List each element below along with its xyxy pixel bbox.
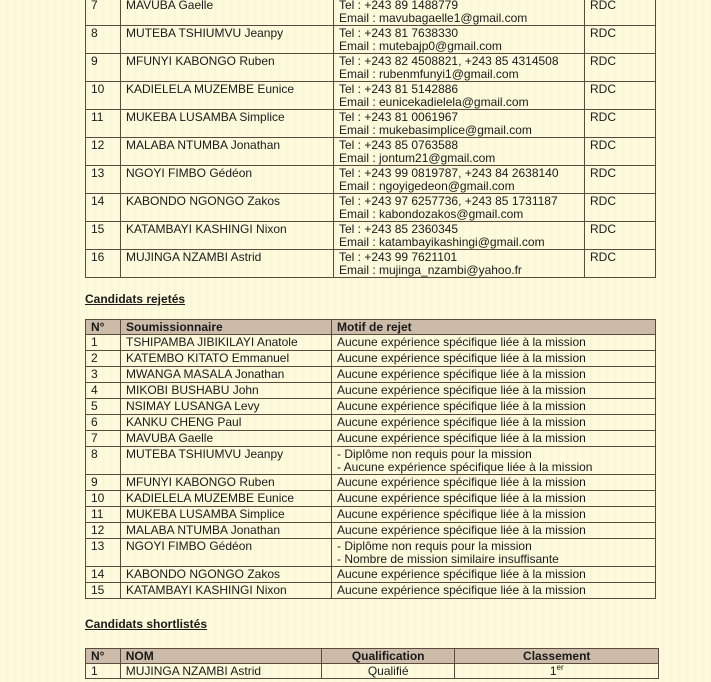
email-text: Email : katambayikashingi@gmail.com xyxy=(339,236,579,249)
rejection-reason: Aucune expérience spécifique liée à la m… xyxy=(332,431,656,447)
table-row: 4MIKOBI BUSHABU JohnAucune expérience sp… xyxy=(86,383,656,399)
email-text: Email : mujinga_nzambi@yahoo.fr xyxy=(339,264,579,277)
row-number: 7 xyxy=(86,431,121,447)
candidate-name: MUTEBA TSHIUMVU Jeanpy xyxy=(121,447,332,475)
country: RDC xyxy=(585,26,656,54)
table-row: 11MUKEBA LUSAMBA SimpliceTel : +243 81 0… xyxy=(86,110,656,138)
table-row: 15KATAMBAYI KASHINGI NixonAucune expérie… xyxy=(86,583,656,599)
reason-line: Aucune expérience spécifique liée à la m… xyxy=(337,524,650,537)
contact-cell: Tel : +243 82 4508821, +243 85 4314508Em… xyxy=(334,54,585,82)
candidate-name: MAVUBA Gaelle xyxy=(121,431,332,447)
table-row: 13NGOYI FIMBO GédéonTel : +243 99 081978… xyxy=(86,166,656,194)
contact-cell: Tel : +243 85 2360345Email : katambayika… xyxy=(334,222,585,250)
row-number: 11 xyxy=(86,110,121,138)
header-reason: Motif de rejet xyxy=(332,320,656,335)
candidate-name: KABONDO NGONGO Zakos xyxy=(121,567,332,583)
row-number: 13 xyxy=(86,166,121,194)
rejection-reason: Aucune expérience spécifique liée à la m… xyxy=(332,351,656,367)
country: RDC xyxy=(585,194,656,222)
candidate-name: MUJINGA NZAMBI Astrid xyxy=(120,664,321,679)
applicant-name: MFUNYI KABONGO Ruben xyxy=(121,54,334,82)
applicant-name: MUTEBA TSHIUMVU Jeanpy xyxy=(121,26,334,54)
reason-line: Aucune expérience spécifique liée à la m… xyxy=(337,492,650,505)
table-row: 6KANKU CHENG PaulAucune expérience spéci… xyxy=(86,415,656,431)
table-row: 16MUJINGA NZAMBI AstridTel : +243 99 762… xyxy=(86,250,656,278)
row-number: 8 xyxy=(86,447,121,475)
country: RDC xyxy=(585,166,656,194)
reason-line: Aucune expérience spécifique liée à la m… xyxy=(337,568,650,581)
rejection-reason: Aucune expérience spécifique liée à la m… xyxy=(332,399,656,415)
row-number: 4 xyxy=(86,383,121,399)
table-row: 1MUJINGA NZAMBI AstridQualifié1er xyxy=(86,664,659,679)
row-number: 8 xyxy=(86,26,121,54)
country: RDC xyxy=(585,250,656,278)
row-number: 11 xyxy=(86,507,121,523)
reason-line: - Aucune expérience spécifique liée à la… xyxy=(337,461,650,474)
header-rank: Classement xyxy=(455,649,659,664)
rejection-reason: Aucune expérience spécifique liée à la m… xyxy=(332,367,656,383)
email-text: Email : eunicekadielela@gmail.com xyxy=(339,96,579,109)
table-row: 13NGOYI FIMBO Gédéon- Diplôme non requis… xyxy=(86,539,656,567)
email-text: Email : rubenmfunyi1@gmail.com xyxy=(339,68,579,81)
shortlisted-table: N° NOM Qualification Classement 1MUJINGA… xyxy=(85,648,659,679)
rejection-reason: Aucune expérience spécifique liée à la m… xyxy=(332,335,656,351)
contact-cell: Tel : +243 81 0061967Email : mukebasimpl… xyxy=(334,110,585,138)
reason-line: Aucune expérience spécifique liée à la m… xyxy=(337,432,650,445)
row-number: 5 xyxy=(86,399,121,415)
table-row: 5NSIMAY LUSANGA LevyAucune expérience sp… xyxy=(86,399,656,415)
table-row: 8MUTEBA TSHIUMVU Jeanpy- Diplôme non req… xyxy=(86,447,656,475)
candidate-name: KANKU CHENG Paul xyxy=(121,415,332,431)
table-row: 3MWANGA MASALA JonathanAucune expérience… xyxy=(86,367,656,383)
table-row: 14KABONDO NGONGO ZakosTel : +243 97 6257… xyxy=(86,194,656,222)
candidate-name: MIKOBI BUSHABU John xyxy=(121,383,332,399)
applicant-name: MALABA NTUMBA Jonathan xyxy=(121,138,334,166)
candidate-name: KATAMBAYI KASHINGI Nixon xyxy=(121,583,332,599)
row-number: 15 xyxy=(86,222,121,250)
shortlisted-section-title: Candidats shortlistés xyxy=(85,617,207,631)
header-num: N° xyxy=(86,649,121,664)
table-row: 1TSHIPAMBA JIBIKILAYI AnatoleAucune expé… xyxy=(86,335,656,351)
contact-cell: Tel : +243 85 0763588Email : jontum21@gm… xyxy=(334,138,585,166)
contact-cell: Tel : +243 81 7638330Email : mutebajp0@g… xyxy=(334,26,585,54)
country: RDC xyxy=(585,54,656,82)
row-number: 2 xyxy=(86,351,121,367)
contact-cell: Tel : +243 99 0819787, +243 84 2638140Em… xyxy=(334,166,585,194)
table-row: 7MAVUBA GaelleTel : +243 89 1488779Email… xyxy=(86,0,656,26)
email-text: Email : kabondozakos@gmail.com xyxy=(339,208,579,221)
qualification: Qualifié xyxy=(321,664,455,679)
row-number: 9 xyxy=(86,54,121,82)
table-row: 12MALABA NTUMBA JonathanAucune expérienc… xyxy=(86,523,656,539)
row-number: 10 xyxy=(86,491,121,507)
rejection-reason: Aucune expérience spécifique liée à la m… xyxy=(332,491,656,507)
rank: 1er xyxy=(455,664,659,679)
candidate-name: KATEMBO KITATO Emmanuel xyxy=(121,351,332,367)
table-row: 11MUKEBA LUSAMBA SimpliceAucune expérien… xyxy=(86,507,656,523)
country: RDC xyxy=(585,0,656,26)
email-text: Email : ngoyigedeon@gmail.com xyxy=(339,180,579,193)
table-row: 9MFUNYI KABONGO RubenTel : +243 82 45088… xyxy=(86,54,656,82)
table-header-row: N° NOM Qualification Classement xyxy=(86,649,659,664)
applicant-name: KABONDO NGONGO Zakos xyxy=(121,194,334,222)
row-number: 1 xyxy=(86,664,121,679)
table-row: 12MALABA NTUMBA JonathanTel : +243 85 07… xyxy=(86,138,656,166)
country: RDC xyxy=(585,82,656,110)
applicant-name: MUKEBA LUSAMBA Simplice xyxy=(121,110,334,138)
email-text: Email : mavubagaelle1@gmail.com xyxy=(339,12,579,25)
applicants-table: 7MAVUBA GaelleTel : +243 89 1488779Email… xyxy=(85,0,656,278)
email-text: Email : mutebajp0@gmail.com xyxy=(339,40,579,53)
rejection-reason: Aucune expérience spécifique liée à la m… xyxy=(332,567,656,583)
row-number: 13 xyxy=(86,539,121,567)
candidate-name: MALABA NTUMBA Jonathan xyxy=(121,523,332,539)
rejection-reason: Aucune expérience spécifique liée à la m… xyxy=(332,583,656,599)
country: RDC xyxy=(585,222,656,250)
rejection-reason: - Diplôme non requis pour la mission- Au… xyxy=(332,447,656,475)
row-number: 12 xyxy=(86,138,121,166)
contact-cell: Tel : +243 97 6257736, +243 85 1731187Em… xyxy=(334,194,585,222)
rejected-section-title: Candidats rejetés xyxy=(85,292,185,306)
contact-cell: Tel : +243 99 7621101Email : mujinga_nza… xyxy=(334,250,585,278)
rejection-reason: Aucune expérience spécifique liée à la m… xyxy=(332,415,656,431)
candidate-name: KADIELELA MUZEMBE Eunice xyxy=(121,491,332,507)
rejection-reason: - Diplôme non requis pour la mission- No… xyxy=(332,539,656,567)
contact-cell: Tel : +243 89 1488779Email : mavubagaell… xyxy=(334,0,585,26)
header-num: N° xyxy=(86,320,121,335)
reason-line: Aucune expérience spécifique liée à la m… xyxy=(337,384,650,397)
reason-line: Aucune expérience spécifique liée à la m… xyxy=(337,400,650,413)
reason-line: Aucune expérience spécifique liée à la m… xyxy=(337,584,650,597)
header-name: NOM xyxy=(120,649,321,664)
reason-line: Aucune expérience spécifique liée à la m… xyxy=(337,508,650,521)
table-row: 2KATEMBO KITATO EmmanuelAucune expérienc… xyxy=(86,351,656,367)
reason-line: Aucune expérience spécifique liée à la m… xyxy=(337,336,650,349)
row-number: 12 xyxy=(86,523,121,539)
country: RDC xyxy=(585,110,656,138)
header-qualification: Qualification xyxy=(321,649,455,664)
applicant-name: KATAMBAYI KASHINGI Nixon xyxy=(121,222,334,250)
rejection-reason: Aucune expérience spécifique liée à la m… xyxy=(332,507,656,523)
table-row: 9MFUNYI KABONGO RubenAucune expérience s… xyxy=(86,475,656,491)
rank-value: 1 xyxy=(550,664,557,678)
row-number: 14 xyxy=(86,194,121,222)
candidate-name: TSHIPAMBA JIBIKILAYI Anatole xyxy=(121,335,332,351)
header-name: Soumissionnaire xyxy=(121,320,332,335)
table-row: 10KADIELELA MUZEMBE EuniceTel : +243 81 … xyxy=(86,82,656,110)
scanned-page: 7MAVUBA GaelleTel : +243 89 1488779Email… xyxy=(0,0,711,682)
row-number: 10 xyxy=(86,82,121,110)
table-row: 14KABONDO NGONGO ZakosAucune expérience … xyxy=(86,567,656,583)
country: RDC xyxy=(585,138,656,166)
email-text: Email : jontum21@gmail.com xyxy=(339,152,579,165)
candidate-name: MFUNYI KABONGO Ruben xyxy=(121,475,332,491)
rejection-reason: Aucune expérience spécifique liée à la m… xyxy=(332,475,656,491)
row-number: 7 xyxy=(86,0,121,26)
rejection-reason: Aucune expérience spécifique liée à la m… xyxy=(332,383,656,399)
table-row: 10KADIELELA MUZEMBE EuniceAucune expérie… xyxy=(86,491,656,507)
rejection-reason: Aucune expérience spécifique liée à la m… xyxy=(332,523,656,539)
email-text: Email : mukebasimplice@gmail.com xyxy=(339,124,579,137)
rank-suffix: er xyxy=(557,663,564,672)
row-number: 6 xyxy=(86,415,121,431)
candidate-name: NGOYI FIMBO Gédéon xyxy=(121,539,332,567)
table-row: 8MUTEBA TSHIUMVU JeanpyTel : +243 81 763… xyxy=(86,26,656,54)
row-number: 9 xyxy=(86,475,121,491)
applicant-name: NGOYI FIMBO Gédéon xyxy=(121,166,334,194)
table-row: 7MAVUBA GaelleAucune expérience spécifiq… xyxy=(86,431,656,447)
applicant-name: KADIELELA MUZEMBE Eunice xyxy=(121,82,334,110)
row-number: 15 xyxy=(86,583,121,599)
row-number: 14 xyxy=(86,567,121,583)
row-number: 16 xyxy=(86,250,121,278)
applicant-name: MUJINGA NZAMBI Astrid xyxy=(121,250,334,278)
table-row: 15KATAMBAYI KASHINGI NixonTel : +243 85 … xyxy=(86,222,656,250)
row-number: 1 xyxy=(86,335,121,351)
candidate-name: MWANGA MASALA Jonathan xyxy=(121,367,332,383)
reason-line: - Nombre de mission similaire insuffisan… xyxy=(337,553,650,566)
reason-line: Aucune expérience spécifique liée à la m… xyxy=(337,416,650,429)
reason-line: Aucune expérience spécifique liée à la m… xyxy=(337,476,650,489)
reason-line: Aucune expérience spécifique liée à la m… xyxy=(337,352,650,365)
rejected-table: N° Soumissionnaire Motif de rejet 1TSHIP… xyxy=(85,319,656,599)
contact-cell: Tel : +243 81 5142886Email : eunicekadie… xyxy=(334,82,585,110)
applicant-name: MAVUBA Gaelle xyxy=(121,0,334,26)
row-number: 3 xyxy=(86,367,121,383)
table-header-row: N° Soumissionnaire Motif de rejet xyxy=(86,320,656,335)
candidate-name: NSIMAY LUSANGA Levy xyxy=(121,399,332,415)
candidate-name: MUKEBA LUSAMBA Simplice xyxy=(121,507,332,523)
reason-line: Aucune expérience spécifique liée à la m… xyxy=(337,368,650,381)
